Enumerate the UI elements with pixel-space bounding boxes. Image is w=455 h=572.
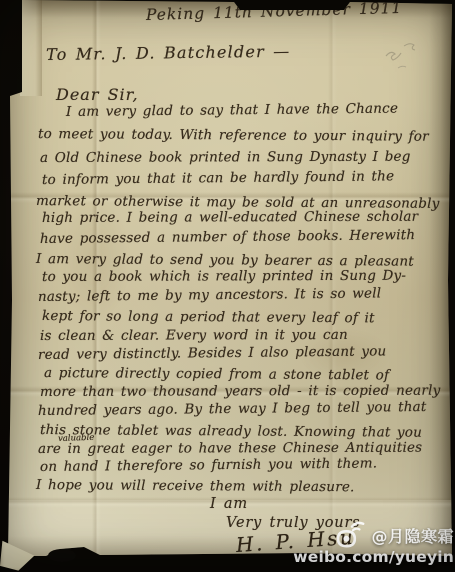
paper-edge-gap <box>48 549 76 562</box>
letter-line: are in great eager to have these Chinese… <box>38 440 422 457</box>
letter-line: kept for so long a period that every lea… <box>42 308 375 326</box>
letter-line: to inform you that it can be hardly foun… <box>42 168 394 188</box>
watermark-url: weibo.com/yueyin <box>293 548 454 566</box>
letter-inserted-word: valuable <box>58 433 95 444</box>
pencil-mark <box>378 38 428 82</box>
weibo-eye-logo-icon <box>335 521 369 549</box>
letter-line: a picture directly copied from a stone t… <box>44 365 389 383</box>
letter-line: read very distinctly. Besides I also ple… <box>38 343 387 363</box>
letter-salutation: Dear Sir, <box>56 85 139 104</box>
letter-photo: Peking 11th November 1911 To Mr. J. D. B… <box>0 0 455 572</box>
letter-dateline: Peking 11th November 1911 <box>146 0 403 24</box>
letter-line: nasty; left to me by my ancestors. It is… <box>38 285 381 305</box>
letter-line: I am very glad to say that I have the Ch… <box>66 101 398 120</box>
letter-recipient: To Mr. J. D. Batchelder — <box>46 42 291 64</box>
paper-folded-edge-strip <box>20 0 42 96</box>
letter-line: this stone tablet was already lost. Know… <box>40 422 422 441</box>
watermark-handle: @月隐寒霜 <box>371 524 454 547</box>
paper-edge-shadow-right <box>429 0 455 572</box>
letter-line: on hand I therefore so furnish you with … <box>40 455 377 475</box>
watermark: @月隐寒霜 weibo.com/yueyin <box>293 521 454 566</box>
letter-line: is clean & clear. Every word in it you c… <box>40 327 348 344</box>
letter-line: hundred years ago. By the way I beg to t… <box>38 399 427 419</box>
letter-line: I am very glad to send you by bearer as … <box>36 251 414 270</box>
letter-line: I hope you will receive them with pleasu… <box>36 477 355 495</box>
letter-line: more than two thousand years old - it is… <box>40 383 440 400</box>
letter-line: a Old Chinese book printed in Sung Dynas… <box>40 149 411 166</box>
letter-line: to meet you today. With reference to you… <box>38 126 429 145</box>
letter-line: high price. I being a well-educated Chin… <box>42 209 418 226</box>
letter-paper: Peking 11th November 1911 To Mr. J. D. B… <box>0 0 455 572</box>
letter-line: have possessed a number of those books. … <box>40 227 415 247</box>
letter-closing-i-am: I am <box>210 496 248 512</box>
letter-line: to you a book which is really printed in… <box>42 268 406 285</box>
